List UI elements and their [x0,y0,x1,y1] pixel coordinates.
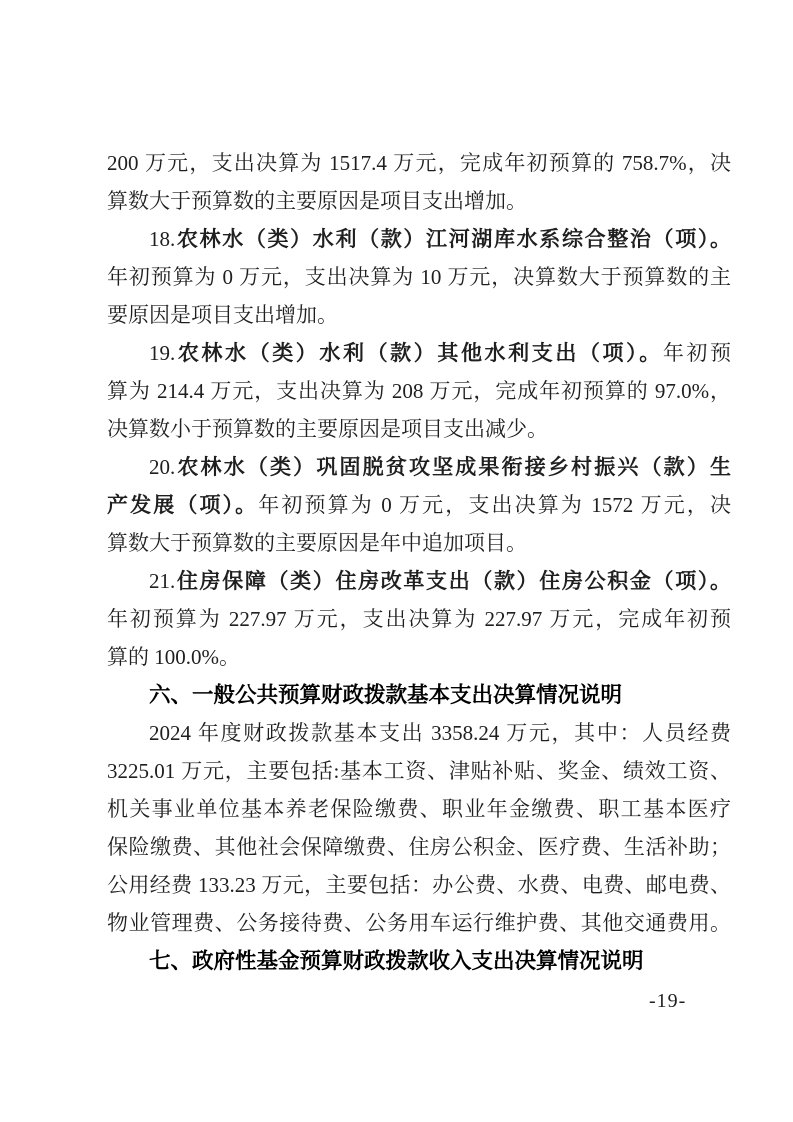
text-segment: 要原因是项目支出增加。 [107,303,338,327]
item-title: 农林水（类）巩固脱贫攻坚成果衔接乡村振兴（款）生 [175,455,731,479]
text-line: 3225.01 万元，主要包括:基本工资、津贴补贴、奖金、绩效工资、 [107,752,731,790]
text-segment: 算的 100.0%。 [107,645,240,669]
text-line: 算数大于预算数的主要原因是项目支出增加。 [107,182,731,220]
text-line: 要原因是项目支出增加。 [107,296,731,334]
text-line: 物业管理费、公务接待费、公务用车运行维护费、其他交通费用。 [107,904,731,942]
text-segment: 决算数小于预算数的主要原因是项目支出减少。 [107,417,548,441]
section-heading-6: 六、一般公共预算财政拨款基本支出决算情况说明 [107,676,731,714]
text-line-item-21: 21.住房保障（类）住房改革支出（款）住房公积金（项）。 [107,562,731,600]
item-title: 住房保障（类）住房改革支出（款）住房公积金（项）。 [175,569,731,593]
text-segment: 算数大于预算数的主要原因是项目支出增加。 [107,189,527,213]
text-line: 机关事业单位基本养老保险缴费、职业年金缴费、职工基本医疗 [107,790,731,828]
text-segment: 物业管理费、公务接待费、公务用车运行维护费、其他交通费用。 [107,911,731,935]
text-line: 产发展（项）。年初预算为 0 万元，支出决算为 1572 万元，决 [107,486,731,524]
heading-text: 六、一般公共预算财政拨款基本支出决算情况说明 [149,683,622,707]
page-number: -19- [649,990,686,1013]
text-segment: 年初预算为 0 万元，支出决算为 10 万元，决算数大于预算数的主 [107,265,731,289]
text-line-item-19: 19.农林水（类）水利（款）其他水利支出（项）。年初预 [107,334,731,372]
text-line: 年初预算为 227.97 万元，支出决算为 227.97 万元，完成年初预 [107,600,731,638]
item-title: 产发展（项）。 [107,493,258,517]
text-line: 保险缴费、其他社会保障缴费、住房公积金、医疗费、生活补助； [107,828,731,866]
text-segment: 3225.01 万元，主要包括:基本工资、津贴补贴、奖金、绩效工资、 [107,759,731,783]
text-line: 算为 214.4 万元，支出决算为 208 万元，完成年初预算的 97.0%， [107,372,731,410]
text-segment: 2024 年度财政拨款基本支出 3358.24 万元，其中：人员经费 [149,721,731,745]
text-segment: 算为 214.4 万元，支出决算为 208 万元，完成年初预算的 97.0%， [107,379,731,403]
document-page: 200 万元，支出决算为 1517.4 万元，完成年初预算的 758.7%，决 … [0,0,793,1122]
section-heading-7: 七、政府性基金预算财政拨款收入支出决算情况说明 [107,942,731,980]
item-title: 农林水（类）水利（款）江河湖库水系综合整治（项）。 [175,227,731,251]
text-segment: 保险缴费、其他社会保障缴费、住房公积金、医疗费、生活补助； [107,835,731,859]
item-number: 21. [149,569,175,593]
document-body: 200 万元，支出决算为 1517.4 万元，完成年初预算的 758.7%，决 … [107,144,731,980]
text-line: 算的 100.0%。 [107,638,731,676]
item-number: 19. [149,341,175,365]
text-segment: 年初预 [663,341,731,365]
text-segment: 公用经费 133.23 万元，主要包括：办公费、水费、电费、邮电费、 [107,873,731,897]
text-segment: 200 万元，支出决算为 1517.4 万元，完成年初预算的 758.7%，决 [107,151,731,175]
text-line: 年初预算为 0 万元，支出决算为 10 万元，决算数大于预算数的主 [107,258,731,296]
item-number: 18. [149,227,175,251]
text-line-item-18: 18.农林水（类）水利（款）江河湖库水系综合整治（项）。 [107,220,731,258]
text-segment: 机关事业单位基本养老保险缴费、职业年金缴费、职工基本医疗 [107,797,731,821]
text-line: 2024 年度财政拨款基本支出 3358.24 万元，其中：人员经费 [107,714,731,752]
text-segment: 年初预算为 0 万元，支出决算为 1572 万元，决 [258,493,731,517]
text-line: 决算数小于预算数的主要原因是项目支出减少。 [107,410,731,448]
item-title: 农林水（类）水利（款）其他水利支出（项）。 [175,341,663,365]
text-line: 公用经费 133.23 万元，主要包括：办公费、水费、电费、邮电费、 [107,866,731,904]
item-number: 20. [149,455,175,479]
text-segment: 算数大于预算数的主要原因是年中追加项目。 [107,531,527,555]
text-segment: 年初预算为 227.97 万元，支出决算为 227.97 万元，完成年初预 [107,607,731,631]
text-line: 200 万元，支出决算为 1517.4 万元，完成年初预算的 758.7%，决 [107,144,731,182]
text-line-item-20: 20.农林水（类）巩固脱贫攻坚成果衔接乡村振兴（款）生 [107,448,731,486]
heading-text: 七、政府性基金预算财政拨款收入支出决算情况说明 [149,949,644,973]
text-line: 算数大于预算数的主要原因是年中追加项目。 [107,524,731,562]
